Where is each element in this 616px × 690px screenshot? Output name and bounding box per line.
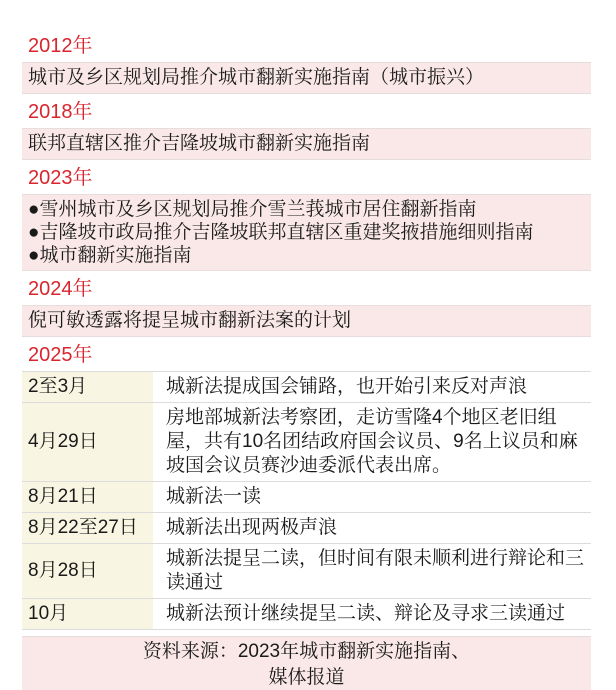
column-gap: [153, 403, 160, 481]
table-row-date: 8月21日: [22, 482, 153, 512]
table-row-event: 房地部城新法考察团，走访雪隆4个地区老旧组屋，共有10名团结政府国会议员、9名上…: [160, 403, 591, 481]
year-heading-2024: 2024年: [28, 279, 591, 299]
bullet-item: ●城市翻新实施指南: [28, 244, 585, 267]
timeline-content: 2012年 城市及乡区规划局推介城市翻新实施指南（城市振兴） 2018年 联邦直…: [22, 36, 591, 690]
bullet-item: ●雪州城市及乡区规划局推介雪兰莪城市居住翻新指南: [28, 198, 585, 221]
table-row: 10月 城新法预计继续提呈二读、辩论及寻求三读通过: [22, 599, 591, 630]
table-row: 8月21日 城新法一读: [22, 482, 591, 513]
timeline-entry-2018: 联邦直辖区推介吉隆坡城市翻新实施指南: [22, 128, 591, 160]
source-note-line2: 媒体报道: [22, 665, 591, 690]
source-note-line1: 资料来源：2023年城市翻新实施指南、: [22, 639, 591, 665]
events-table-2025: 2至3月 城新法提成国会铺路，也开始引来反对声浪 4月29日 房地部城新法考察团…: [22, 371, 591, 630]
table-row-date: 8月28日: [22, 544, 153, 598]
table-row-date: 2至3月: [22, 372, 153, 402]
year-heading-2012: 2012年: [28, 36, 591, 56]
table-row-date: 8月22至27日: [22, 513, 153, 543]
timeline-entry-2024: 倪可敏透露将提呈城市翻新法案的计划: [22, 305, 591, 337]
year-heading-2023: 2023年: [28, 168, 591, 188]
table-row: 8月28日 城新法提呈二读，但时间有限未顺利进行辩论和三读通过: [22, 544, 591, 599]
bullet-item: ●吉隆坡市政局推介吉隆坡联邦直辖区重建奖掖措施细则指南: [28, 221, 585, 244]
table-row-event: 城新法出现两极声浪: [160, 513, 591, 543]
timeline-entry-2012: 城市及乡区规划局推介城市翻新实施指南（城市振兴）: [22, 62, 591, 94]
column-gap: [153, 599, 160, 629]
column-gap: [153, 372, 160, 402]
timeline-entry-2023: ●雪州城市及乡区规划局推介雪兰莪城市居住翻新指南 ●吉隆坡市政局推介吉隆坡联邦直…: [22, 194, 591, 271]
infographic-canvas: { "colors": { "year_red": "#d9252d", "pi…: [0, 0, 616, 690]
year-heading-2025: 2025年: [28, 345, 591, 365]
table-row-date: 4月29日: [22, 403, 153, 481]
table-row-event: 城新法一读: [160, 482, 591, 512]
column-gap: [153, 482, 160, 512]
table-row-event: 城新法提呈二读，但时间有限未顺利进行辩论和三读通过: [160, 544, 591, 598]
column-gap: [153, 544, 160, 598]
year-heading-2018: 2018年: [28, 102, 591, 122]
table-row: 2至3月 城新法提成国会铺路，也开始引来反对声浪: [22, 372, 591, 403]
column-gap: [153, 513, 160, 543]
table-row-event: 城新法提成国会铺路，也开始引来反对声浪: [160, 372, 591, 402]
table-row-date: 10月: [22, 599, 153, 629]
table-row: 8月22至27日 城新法出现两极声浪: [22, 513, 591, 544]
table-row: 4月29日 房地部城新法考察团，走访雪隆4个地区老旧组屋，共有10名团结政府国会…: [22, 403, 591, 482]
table-row-event: 城新法预计继续提呈二读、辩论及寻求三读通过: [160, 599, 591, 629]
source-note: 资料来源：2023年城市翻新实施指南、 媒体报道: [22, 636, 591, 690]
